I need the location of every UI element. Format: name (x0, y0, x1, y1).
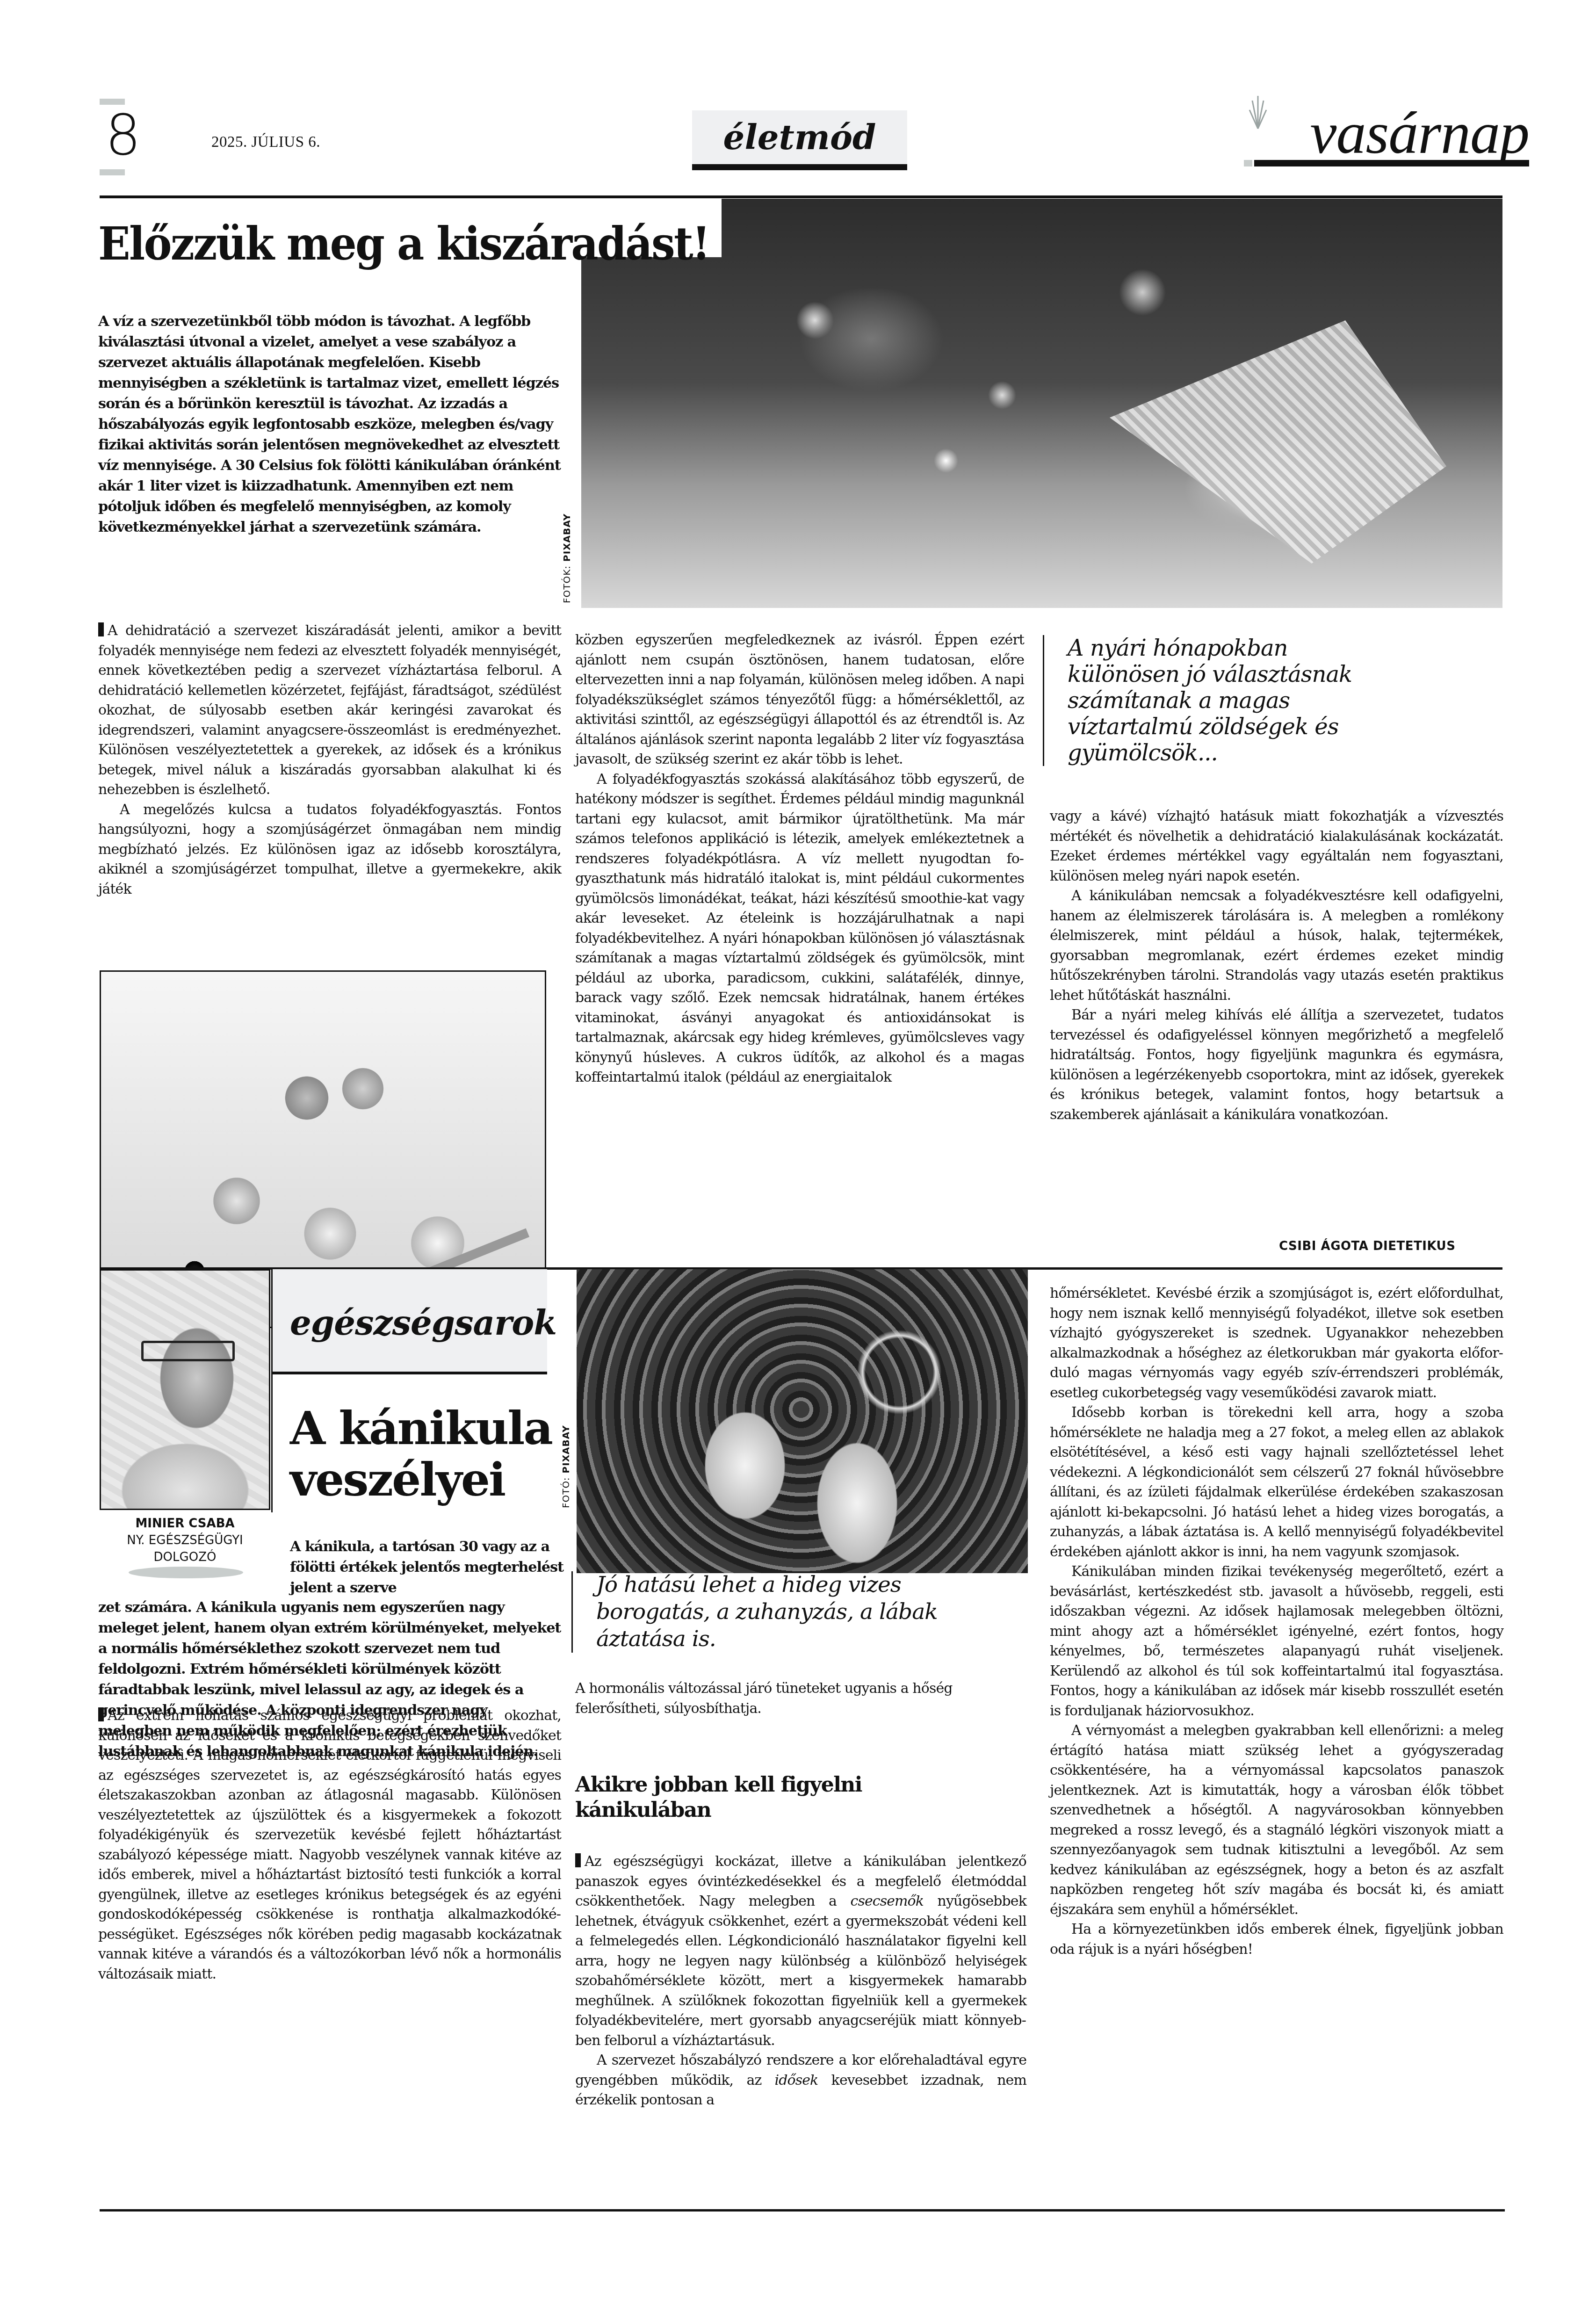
sun-rays-icon (1249, 94, 1267, 131)
paragraph: közben egyszerűen megfeledkeznek az ivás… (575, 630, 1024, 770)
author-name: MINIER CSABA (100, 1515, 270, 1532)
column-label-text: egészségsarok (290, 1303, 556, 1343)
paragraph: A dehidratáció a szervezet kiszáradását … (98, 621, 561, 800)
page-number-bar-bottom (100, 169, 125, 175)
article-column-2: Az egészségügyi kockázat, illetve a káni… (575, 1852, 1026, 2110)
article-column-3: hőmérsékletet. Kevésbé érzik a szomjúság… (1050, 1284, 1503, 1959)
column-label: egészségsarok (271, 1269, 549, 1377)
page-number: 8 (105, 108, 141, 164)
paragraph: A szervezet hőszabályzó rendszere a kor … (575, 2051, 1026, 2110)
section-label: életmód (692, 110, 907, 170)
header-divider (100, 195, 1502, 198)
paragraph: Az extrém hőhatás számos egészségügyi pr… (98, 1706, 561, 1984)
photo-credit: FOTÓK: PIXABAY (561, 513, 572, 603)
pull-quote: A nyári hónapokban különösen jó választá… (1043, 635, 1379, 766)
article-column-2: közben egyszerűen megfeledkeznek az ivás… (575, 630, 1024, 1088)
caption-decoration (129, 1567, 243, 1578)
paragraph: A vérnyomást a melegben gyakrabban kell … (1050, 1721, 1503, 1920)
article-headline: Előzzük meg a kiszáradást! (98, 219, 709, 269)
author-byline: CSIBI ÁGOTA DIETETIKUS (1279, 1239, 1455, 1253)
article-headline: A kánikula veszélyei (290, 1403, 571, 1506)
article-column-1: Az extrém hőhatás számos egészségügyi pr… (98, 1706, 561, 1984)
article-column-1: A dehidratáció a szervezet kiszáradását … (98, 621, 561, 899)
pull-quote: Jó hatású lehet a hideg vizes borogatás,… (571, 1571, 992, 1653)
watermelon-splash-photo (581, 199, 1502, 608)
article-column-2-intro: A hormonális változással járó tüneteket … (575, 1679, 1024, 1719)
paragraph: Ha a környezetünkben idős emberek élnek,… (1050, 1920, 1503, 1959)
subheading: Akikre jobban kell figyelni kánikulában (575, 1772, 996, 1823)
paragraph: hőmérsékletet. Kevésbé érzik a szomjúság… (1050, 1284, 1503, 1403)
article-lead-part-1: A kánikula, a tartósan 30 vagy az a fölö… (290, 1536, 566, 1598)
paragraph: A folyadékfogyasztás szokássá alakításáh… (575, 770, 1024, 1088)
photo-credit: FOTÓ: PIXABAY (560, 1425, 571, 1508)
author-role: NY. EGÉSZSÉGÜGYI DOLGOZÓ (100, 1532, 270, 1566)
paragraph: vagy a kávé) vízhajtó hatásuk miatt foko… (1050, 807, 1503, 886)
brand-rule-accent (1244, 160, 1252, 166)
paragraph: Idősebb korban is törekedni kell arra, h… (1050, 1403, 1503, 1562)
article-column-3: vagy a kávé) vízhajtó hatásuk miatt foko… (1050, 807, 1503, 1125)
glasses (141, 1341, 235, 1361)
masthead-logo: vasárnap (1244, 94, 1529, 168)
author-caption: MINIER CSABA NY. EGÉSZSÉGÜGYI DOLGOZÓ (100, 1515, 270, 1566)
paragraph: A megelőzés kulcsa a tudatos folyadékfog… (98, 800, 561, 900)
section-label-text: életmód (723, 117, 876, 157)
footer-rule (100, 2209, 1505, 2212)
brand-name: vasárnap (1310, 103, 1529, 163)
brand-rule (1254, 160, 1529, 166)
feet-in-water-photo (577, 1269, 1028, 1573)
paragraph: Kánikulában minden fizikai tevékenység m… (1050, 1562, 1503, 1721)
paragraph: Az egészségügyi kockázat, illetve a káni… (575, 1852, 1026, 2051)
watermelon-slice (1110, 320, 1446, 564)
paragraph: A hormonális változással járó tüneteket … (575, 1679, 1024, 1719)
paragraph: A kánikulában nemcsak a folyadékvesztésr… (1050, 886, 1503, 1005)
issue-date: 2025. JÚLIUS 6. (211, 134, 320, 151)
paragraph: Bár a nyári meleg kihívás elé állítja a … (1050, 1005, 1503, 1125)
article-lead: A víz a szervezetünkből több módon is tá… (98, 311, 561, 537)
author-portrait-photo (100, 1269, 270, 1510)
